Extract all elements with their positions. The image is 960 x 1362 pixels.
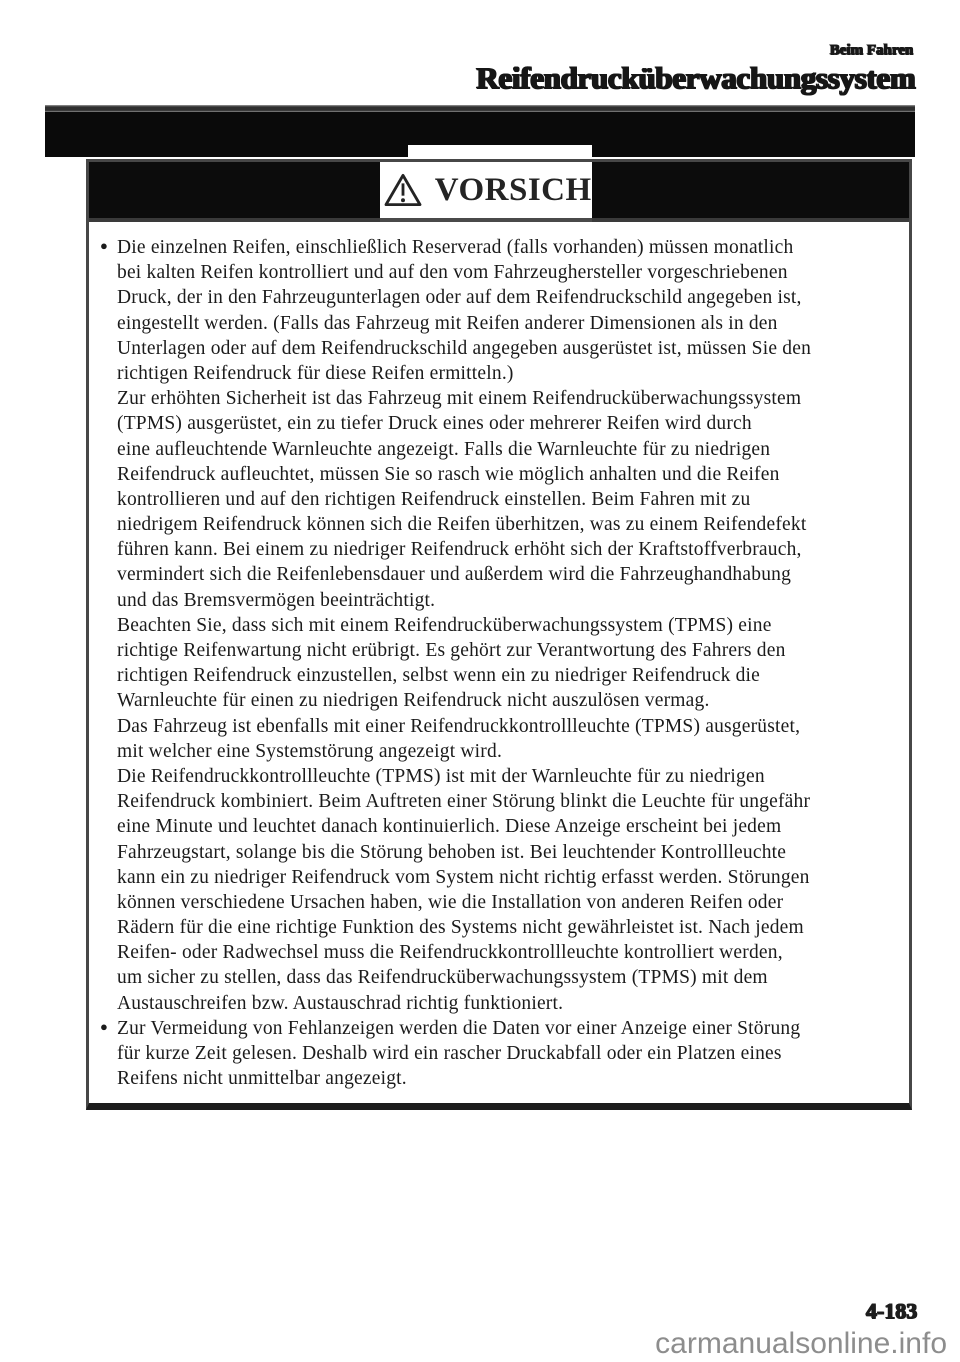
body-line: Das Fahrzeug ist ebenfalls mit einer Rei… <box>380 714 592 739</box>
caution-box-header-band: VORSICHT <box>380 162 592 222</box>
paragraph: ●Zur Vermeidung von Fehlanzeigen werden … <box>380 1016 592 1092</box>
scan-stripe-artifact: Beim Fahren Reifendrucküberwachungssyste… <box>380 145 592 1110</box>
manual-page-scan: Beim Fahren Reifendrucküberwachungssyste… <box>0 0 960 1362</box>
body-line: um sicher zu stellen, dass das Reifendru… <box>380 965 592 990</box>
body-line: Reifendruck aufleuchtet, müssen Sie so r… <box>380 462 592 487</box>
body-line: eingestellt werden. (Falls das Fahrzeug … <box>380 311 592 336</box>
footer-page-number: 4-183 <box>866 1298 917 1324</box>
body-line: Zur erhöhten Sicherheit ist das Fahrzeug… <box>380 386 592 411</box>
body-line: eine aufleuchtende Warnleuchte angezeigt… <box>380 437 592 462</box>
body-line: Reifens nicht unmittelbar angezeigt. <box>380 1066 592 1091</box>
body-line: können verschiedene Ursachen haben, wie … <box>380 890 592 915</box>
body-line: für kurze Zeit gelesen. Deshalb wird ein… <box>380 1041 592 1066</box>
watermark-text: carmanualsonline.info <box>655 1327 947 1361</box>
paragraph: Zur erhöhten Sicherheit ist das Fahrzeug… <box>380 386 592 613</box>
body-line: bei kalten Reifen kontrolliert und auf d… <box>380 260 592 285</box>
body-line: richtige Reifenwartung nicht erübrigt. E… <box>380 638 592 663</box>
caution-box: VORSICHT ●Die einzelnen Reifen, einschli… <box>380 159 592 1110</box>
header-section-label: Beim Fahren <box>830 42 913 59</box>
body-line: Beachten Sie, dass sich mit einem Reifen… <box>380 613 592 638</box>
body-line: Zur Vermeidung von Fehlanzeigen werden d… <box>380 1016 592 1041</box>
body-line: niedrigem Reifendruck können sich die Re… <box>380 512 592 537</box>
body-line: führen kann. Bei einem zu niedriger Reif… <box>380 537 592 562</box>
body-line: Druck, der in den Fahrzeugunterlagen ode… <box>380 285 592 310</box>
body-line: Unterlagen oder auf dem Reifendruckschil… <box>380 336 592 361</box>
paragraph: Das Fahrzeug ist ebenfalls mit einer Rei… <box>380 714 592 764</box>
body-line: vermindert sich die Reifenlebensdauer un… <box>380 562 592 587</box>
bullet-marker: ● <box>100 1019 108 1035</box>
body-line: Reifendruck kombiniert. Beim Auftreten e… <box>380 789 592 814</box>
scan-stripe-clean-copy: Beim Fahren Reifendrucküberwachungssyste… <box>380 145 592 1110</box>
bullet-marker: ● <box>100 238 108 254</box>
caution-heading-label: VORSICHT <box>435 172 592 209</box>
body-line: kann ein zu niedriger Reifendruck vom Sy… <box>380 865 592 890</box>
header-rule <box>45 105 915 112</box>
body-line: Die Reifendruckkontrollleuchte (TPMS) is… <box>380 764 592 789</box>
header-decorative-band <box>380 145 592 157</box>
caution-heading-group: VORSICHT <box>380 162 592 218</box>
body-line: Fahrzeugstart, solange bis die Störung b… <box>380 840 592 865</box>
body-line: Austauschreifen bzw. Austauschrad richti… <box>380 991 592 1016</box>
body-line: Warnleuchte für einen zu niedrigen Reife… <box>380 688 592 713</box>
body-line: Reifen- oder Radwechsel muss die Reifend… <box>380 940 592 965</box>
warning-triangle-icon <box>384 173 422 207</box>
paragraph: Die Reifendruckkontrollleuchte (TPMS) is… <box>380 764 592 1016</box>
body-line: (TPMS) ausgerüstet, ein zu tiefer Druck … <box>380 411 592 436</box>
body-line: kontrollieren und auf den richtigen Reif… <box>380 487 592 512</box>
paragraph: ●Die einzelnen Reifen, einschließlich Re… <box>380 235 592 386</box>
caution-body-text: ●Die einzelnen Reifen, einschließlich Re… <box>380 235 592 1091</box>
body-line: und das Bremsvermögen beeinträchtigt. <box>380 588 592 613</box>
page: Beim Fahren Reifendrucküberwachungssyste… <box>380 145 592 1110</box>
body-line: Rädern für die eine richtige Funktion de… <box>380 915 592 940</box>
body-line: richtigen Reifendruck einzustellen, selb… <box>380 663 592 688</box>
body-line: richtigen Reifendruck für diese Reifen e… <box>380 361 592 386</box>
body-line: mit welcher eine Systemstörung angezeigt… <box>380 739 592 764</box>
body-line: eine Minute und leuchtet danach kontinui… <box>380 814 592 839</box>
paragraph: Beachten Sie, dass sich mit einem Reifen… <box>380 613 592 714</box>
body-line: Die einzelnen Reifen, einschließlich Res… <box>380 235 592 260</box>
page-title: Reifendrucküberwachungssystem <box>476 60 915 96</box>
